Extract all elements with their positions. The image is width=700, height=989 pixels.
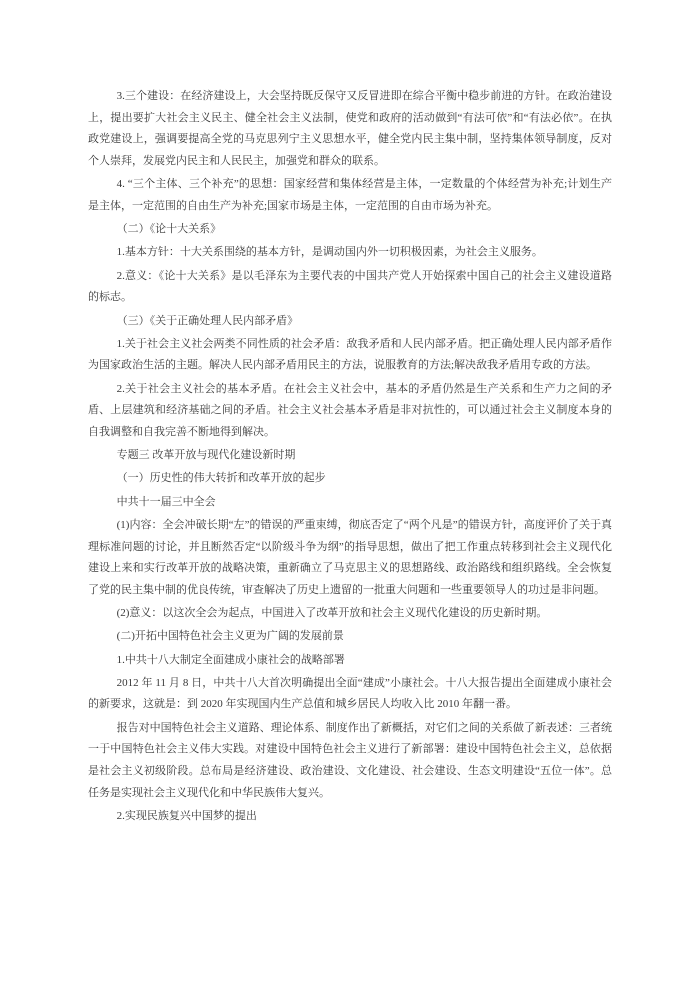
paragraph: 3.三个建设：在经济建设上，大会坚持既反保守又反冒进即在综合平衡中稳步前进的方针… — [88, 86, 612, 173]
paragraph: 1.中共十八大制定全面建成小康社会的战略部署 — [88, 650, 612, 672]
paragraph: （一）历史性的伟大转折和改革开放的起步 — [88, 468, 612, 490]
document-page: 3.三个建设：在经济建设上，大会坚持既反保守又反冒进即在综合平衡中稳步前进的方针… — [0, 0, 700, 989]
paragraph: 2.关于社会主义社会的基本矛盾。在社会主义社会中，基本的矛盾仍然是生产关系和生产… — [88, 379, 612, 444]
paragraph: 2.意义：《论十大关系》是以毛泽东为主要代表的中国共产党人开始探索中国自己的社会… — [88, 266, 612, 309]
document-body: 3.三个建设：在经济建设上，大会坚持既反保守又反冒进即在综合平衡中稳步前进的方针… — [88, 86, 612, 829]
paragraph: (1)内容：全会冲破长期“左”的错误的严重束缚，彻底否定了“两个凡是”的错误方针… — [88, 515, 612, 602]
paragraph: 1.关于社会主义社会两类不同性质的社会矛盾：敌我矛盾和人民内部矛盾。把正确处理人… — [88, 334, 612, 377]
paragraph: （三）《关于正确处理人民内部矛盾》 — [88, 311, 612, 333]
paragraph: （二）《论十大关系》 — [88, 219, 612, 241]
paragraph: (2)意义：以这次全会为起点，中国进入了改革开放和社会主义现代化建设的历史新时期… — [88, 603, 612, 625]
paragraph: 中共十一届三中全会 — [88, 492, 612, 514]
paragraph: (二)开拓中国特色社会主义更为广阔的发展前景 — [88, 626, 612, 648]
paragraph: 专题三 改革开放与现代化建设新时期 — [88, 445, 612, 467]
paragraph: 报告对中国特色社会主义道路、理论体系、制度作出了新概括，对它们之间的关系做了新表… — [88, 718, 612, 805]
paragraph: 2012 年 11 月 8 日，中共十八大首次明确提出全面“建成”小康社会。十八… — [88, 673, 612, 716]
paragraph: 1.基本方针：十大关系围绕的基本方针，是调动国内外一切积极因素，为社会主义服务。 — [88, 242, 612, 264]
paragraph: 2.实现民族复兴中国梦的提出 — [88, 806, 612, 828]
paragraph: 4. “三个主体、三个补充”的思想：国家经营和集体经营是主体，一定数量的个体经营… — [88, 174, 612, 217]
